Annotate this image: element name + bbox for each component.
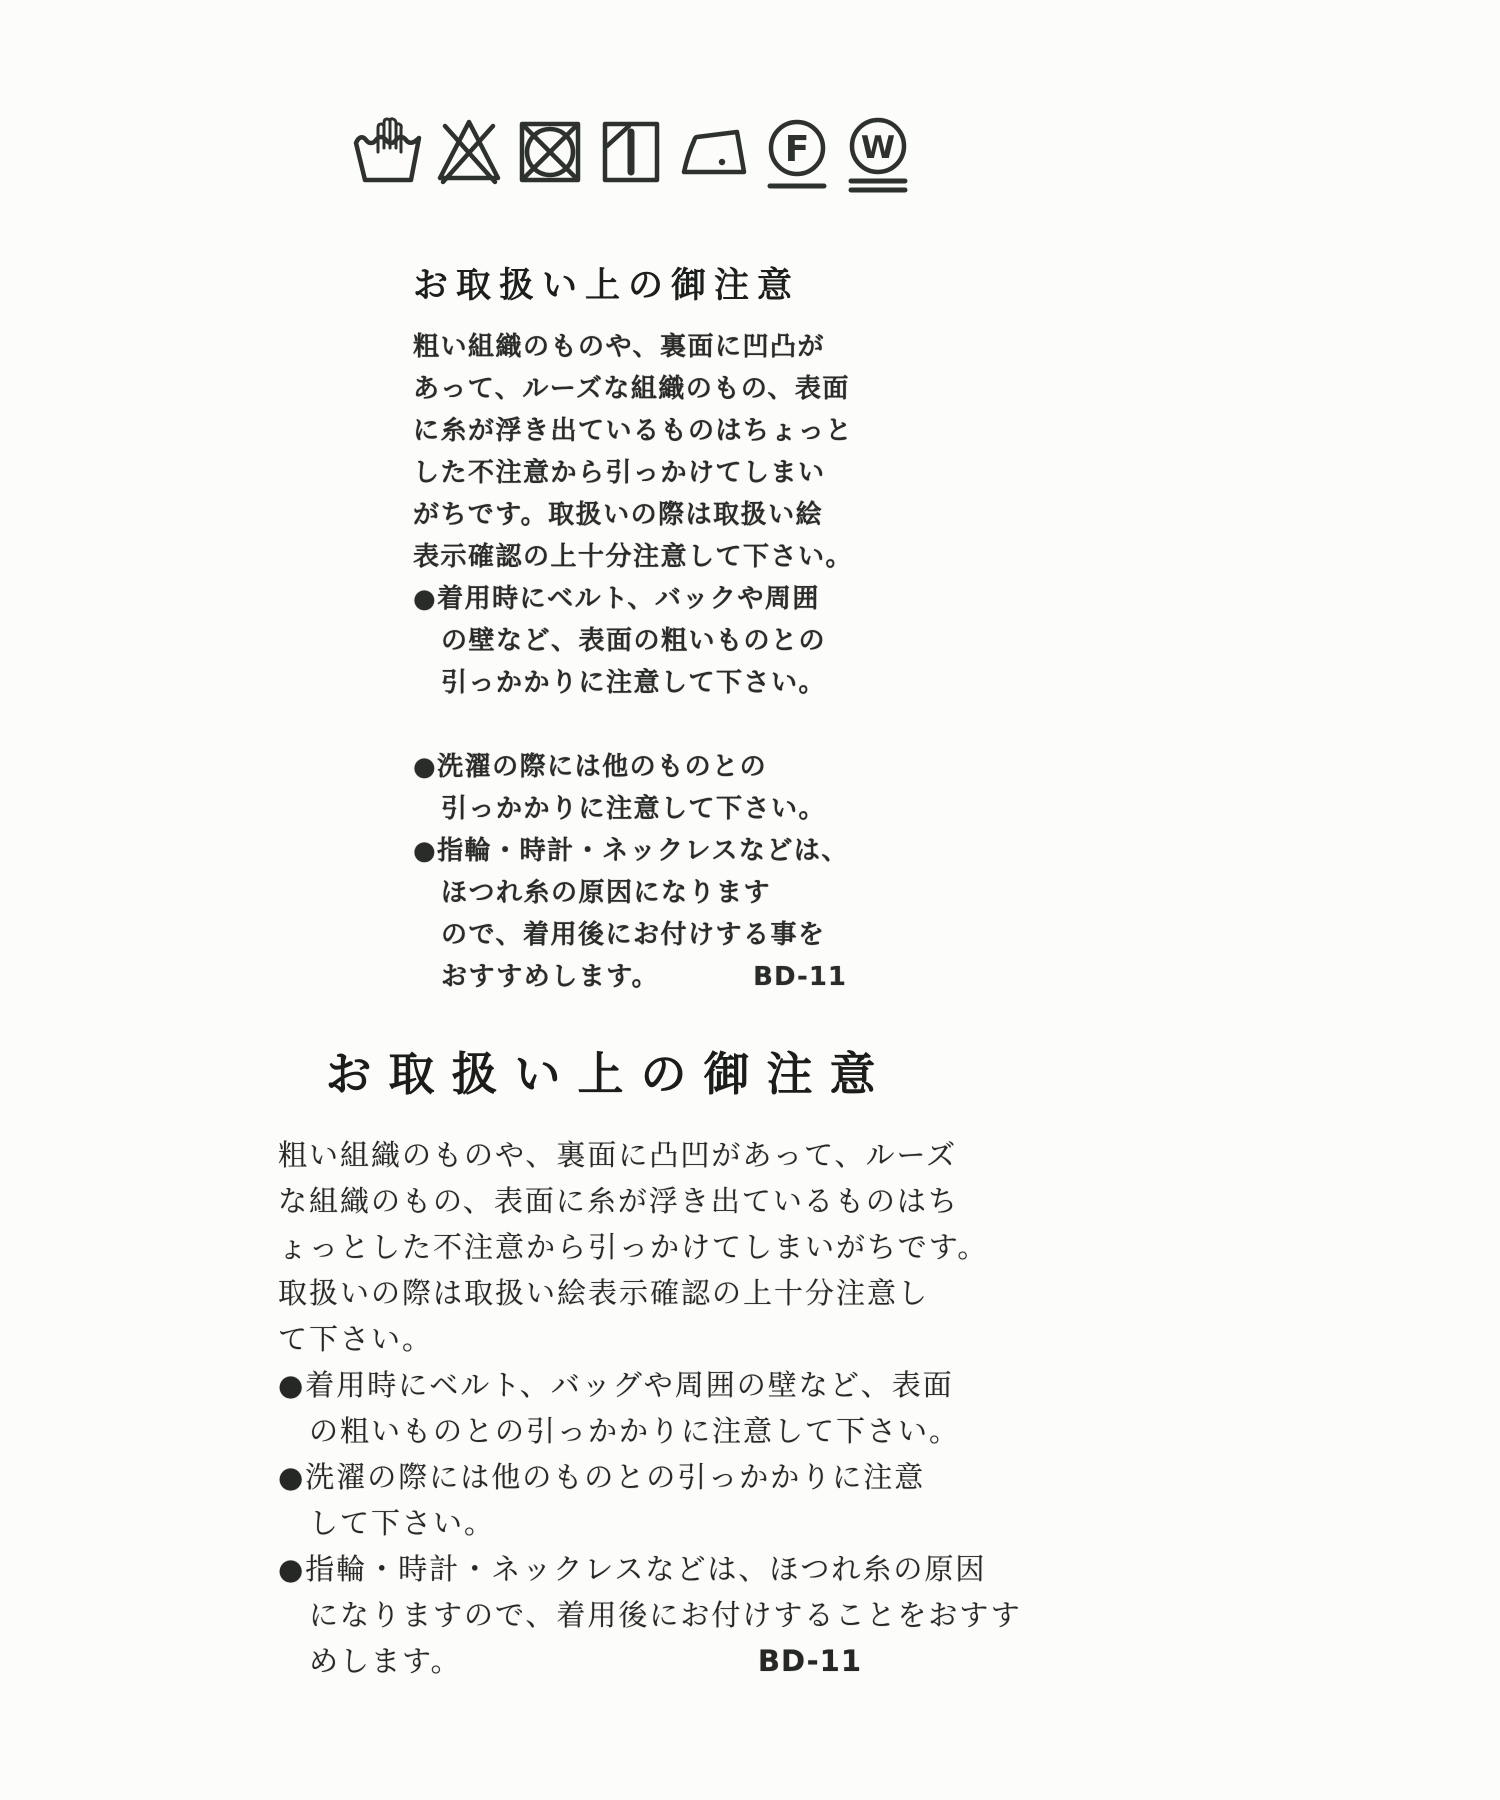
notice-large-body: 粗い組織のものや、裏面に凸凹があって、ルーズ な組織のもの、表面に糸が浮き出てい… <box>278 1132 940 1684</box>
dry-clean-letter: F <box>785 129 810 170</box>
do-not-bleach-icon <box>431 110 507 194</box>
care-label-scan: F W お取扱い上の御注意 粗い組織のものや、裏面に凹凸が あって、ルーズな組織… <box>0 0 1500 1800</box>
bullet-line: ●指輪・時計・ネックレスなどは、ほつれ糸の原因 <box>278 1546 940 1592</box>
text-line: ょっとした不注意から引っかけてしまいがちです。 <box>278 1224 940 1270</box>
bullet-line: ●着用時にベルト、バッグや周囲の壁など、表面 <box>278 1362 940 1408</box>
text-line: あって、ルーズな組織のもの、表面 <box>413 368 863 410</box>
wet-clean-letter: W <box>861 130 895 166</box>
bullet-line: ●指輪・時計・ネックレスなどは、 <box>413 830 863 872</box>
bullet-line: ●洗濯の際には他のものとの引っかかりに注意 <box>278 1454 940 1500</box>
text-line: 粗い組織のものや、裏面に凹凸が <box>413 326 863 368</box>
wet-clean-icon: W <box>840 110 916 194</box>
notice-small-body: 粗い組織のものや、裏面に凹凸が あって、ルーズな組織のもの、表面 に糸が浮き出て… <box>413 326 863 998</box>
bullet-line: ほつれ糸の原因になります <box>413 872 863 914</box>
bullet-line: ●着用時にベルト、バックや周囲 <box>413 578 863 620</box>
bullet-line: 引っかかりに注意して下さい。 <box>413 662 863 704</box>
hand-wash-icon <box>350 110 426 194</box>
bullet-line: の粗いものとの引っかかりに注意して下さい。 <box>278 1408 940 1454</box>
label-code: BD-11 <box>753 956 847 998</box>
bullet-line: になりますので、着用後にお付けすることをおすす <box>278 1592 940 1638</box>
do-not-tumble-dry-icon <box>512 110 588 194</box>
text-line: に糸が浮き出ているものはちょっと <box>413 410 863 452</box>
care-symbols-row: F W <box>350 110 916 194</box>
text-line: 取扱いの際は取扱い絵表示確認の上十分注意し <box>278 1270 940 1316</box>
notice-small-title: お取扱い上の御注意 <box>413 258 863 308</box>
text-line: 表示確認の上十分注意して下さい。 <box>413 536 863 578</box>
text-line: 粗い組織のものや、裏面に凸凹があって、ルーズ <box>278 1132 940 1178</box>
bullet-line: ●洗濯の際には他のものとの <box>413 746 863 788</box>
notice-block-small: お取扱い上の御注意 粗い組織のものや、裏面に凹凸が あって、ルーズな組織のもの、… <box>413 258 863 998</box>
bullet-line: の壁など、表面の粗いものとの <box>413 620 863 662</box>
text-line: て下さい。 <box>278 1316 940 1362</box>
bullet-line: ので、着用後にお付けする事を <box>413 914 863 956</box>
bullet-line: おすすめします。 <box>413 956 659 998</box>
dry-clean-petroleum-icon: F <box>759 110 835 194</box>
notice-block-large: お取扱い上の御注意 粗い組織のものや、裏面に凸凹があって、ルーズ な組織のもの、… <box>278 1038 940 1684</box>
iron-low-heat-icon <box>674 110 754 194</box>
text-line: した不注意から引っかけてしまい <box>413 452 863 494</box>
line-dry-in-shade-icon <box>593 110 669 194</box>
text-line: な組織のもの、表面に糸が浮き出ているものはち <box>278 1178 940 1224</box>
notice-large-title: お取扱い上の御注意 <box>278 1038 940 1104</box>
bullet-line: 引っかかりに注意して下さい。 <box>413 788 863 830</box>
blank-line <box>413 704 863 746</box>
bullet-line: して下さい。 <box>278 1500 940 1546</box>
text-line: がちです。取扱いの際は取扱い絵 <box>413 494 863 536</box>
